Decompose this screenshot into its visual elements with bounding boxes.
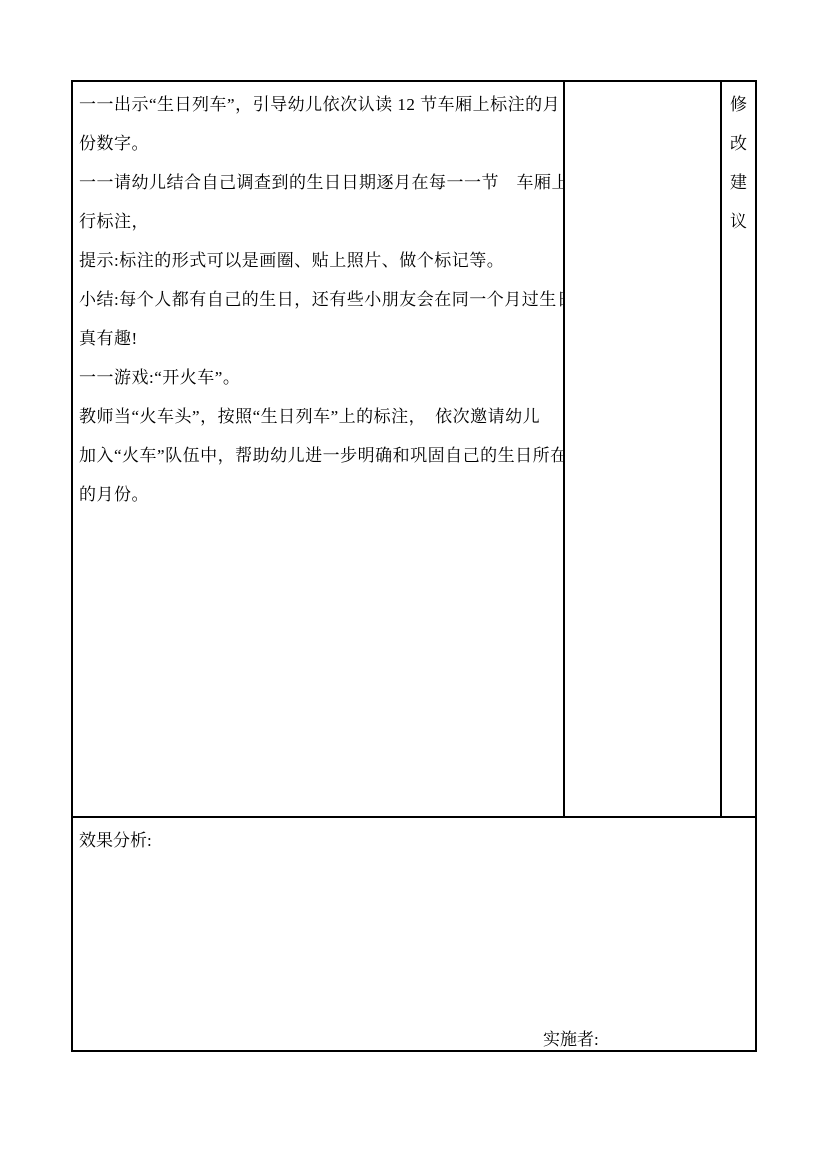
effect-analysis-label: 效果分析: [79,821,751,860]
empty-notes-cell [565,82,722,816]
text-line: 一一出示“生日列车”，引导幼儿依次认读 12 节车厢上标注的月 [79,85,559,124]
text-line: 行标注， [79,202,559,241]
revision-column-char: 建 [722,163,755,202]
revision-column-char: 修 [722,85,755,124]
implementer-label: 实施者: [543,1020,599,1059]
revision-column-char: 改 [722,124,755,163]
text-line: 一一请幼儿结合自己调查到的生日日期逐月在每一一节 车厢上进 [79,163,559,202]
text-line: 小结:每个人都有自己的生日，还有些小朋友会在同一个月过生日。 [79,280,559,319]
text-line: 份数字。 [79,124,559,163]
activity-content-cell: 一一出示“生日列车”，引导幼儿依次认读 12 节车厢上标注的月 份数字。 一一请… [73,82,565,816]
text-line: 一一游戏:“开火车”。 [79,358,559,397]
effect-analysis-row: 效果分析: 实施者: [73,818,755,1050]
text-line: 的月份。 [79,475,559,514]
text-line: 提示:标注的形式可以是画圈、贴上照片、做个标记等。 [79,241,559,280]
revision-suggestion-column: 修 改 建 议 [722,82,755,816]
revision-column-char: 议 [722,202,755,241]
text-line: 真有趣! [79,319,559,358]
lesson-plan-table: 一一出示“生日列车”，引导幼儿依次认读 12 节车厢上标注的月 份数字。 一一请… [71,80,757,1052]
document-page: 一一出示“生日列车”，引导幼儿依次认读 12 节车厢上标注的月 份数字。 一一请… [0,0,827,1170]
text-line: 加入“火车”队伍中，帮助幼儿进一步明确和巩固自己的生日所在 [79,436,559,475]
activity-row: 一一出示“生日列车”，引导幼儿依次认读 12 节车厢上标注的月 份数字。 一一请… [73,82,755,818]
text-line: 教师当“火车头”，按照“生日列车”上的标注， 依次邀请幼儿 [79,397,559,436]
